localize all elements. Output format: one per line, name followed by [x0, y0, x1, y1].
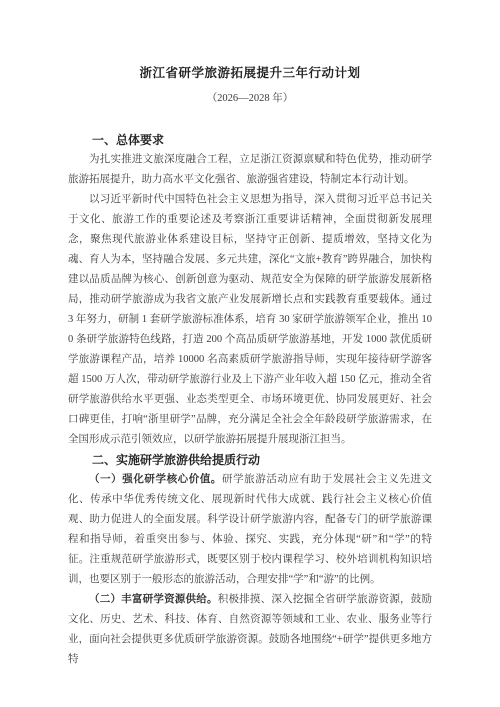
document-page: 浙江省研学旅游拓展提升三年行动计划 （2026—2028 年） 一、总体要求 为…	[0, 0, 500, 707]
document-title: 浙江省研学旅游拓展提升三年行动计划	[68, 64, 432, 82]
document-subtitle: （2026—2028 年）	[68, 92, 432, 106]
paragraph-item-2: （二）丰富研学资源供给。积极排摸、深入挖掘全省研学旅游资源，鼓励文化、历史、艺术…	[68, 590, 432, 670]
section-heading-supply-quality-action: 二、实施研学旅游供给提质行动	[68, 450, 432, 470]
item-1-label: （一）强化研学核心价值。	[89, 474, 222, 485]
paragraph-intro: 为扎实推进文旅深度融合工程，立足浙江资源禀赋和特色优势，推动研学旅游拓展提升，助…	[68, 150, 432, 190]
paragraph-text: 为扎实推进文旅深度融合工程，立足浙江资源禀赋和特色优势，推动研学旅游拓展提升，助…	[68, 154, 432, 185]
section-heading-overall-requirements: 一、总体要求	[68, 130, 432, 150]
paragraph-item-1: （一）强化研学核心价值。研学旅游活动应有助于发展社会主义先进文化、传承中华优秀传…	[68, 470, 432, 590]
paragraph-text: 研学旅游活动应有助于发展社会主义先进文化、传承中华优秀传统文化、展现新时代伟大成…	[68, 474, 432, 585]
paragraph-guiding-ideology: 以习近平新时代中国特色社会主义思想为指导，深入贯彻习近平总书记关于文化、旅游工作…	[68, 190, 432, 450]
item-2-label: （二）丰富研学资源供给。	[89, 594, 218, 605]
paragraph-text: 以习近平新时代中国特色社会主义思想为指导，深入贯彻习近平总书记关于文化、旅游工作…	[68, 194, 432, 445]
